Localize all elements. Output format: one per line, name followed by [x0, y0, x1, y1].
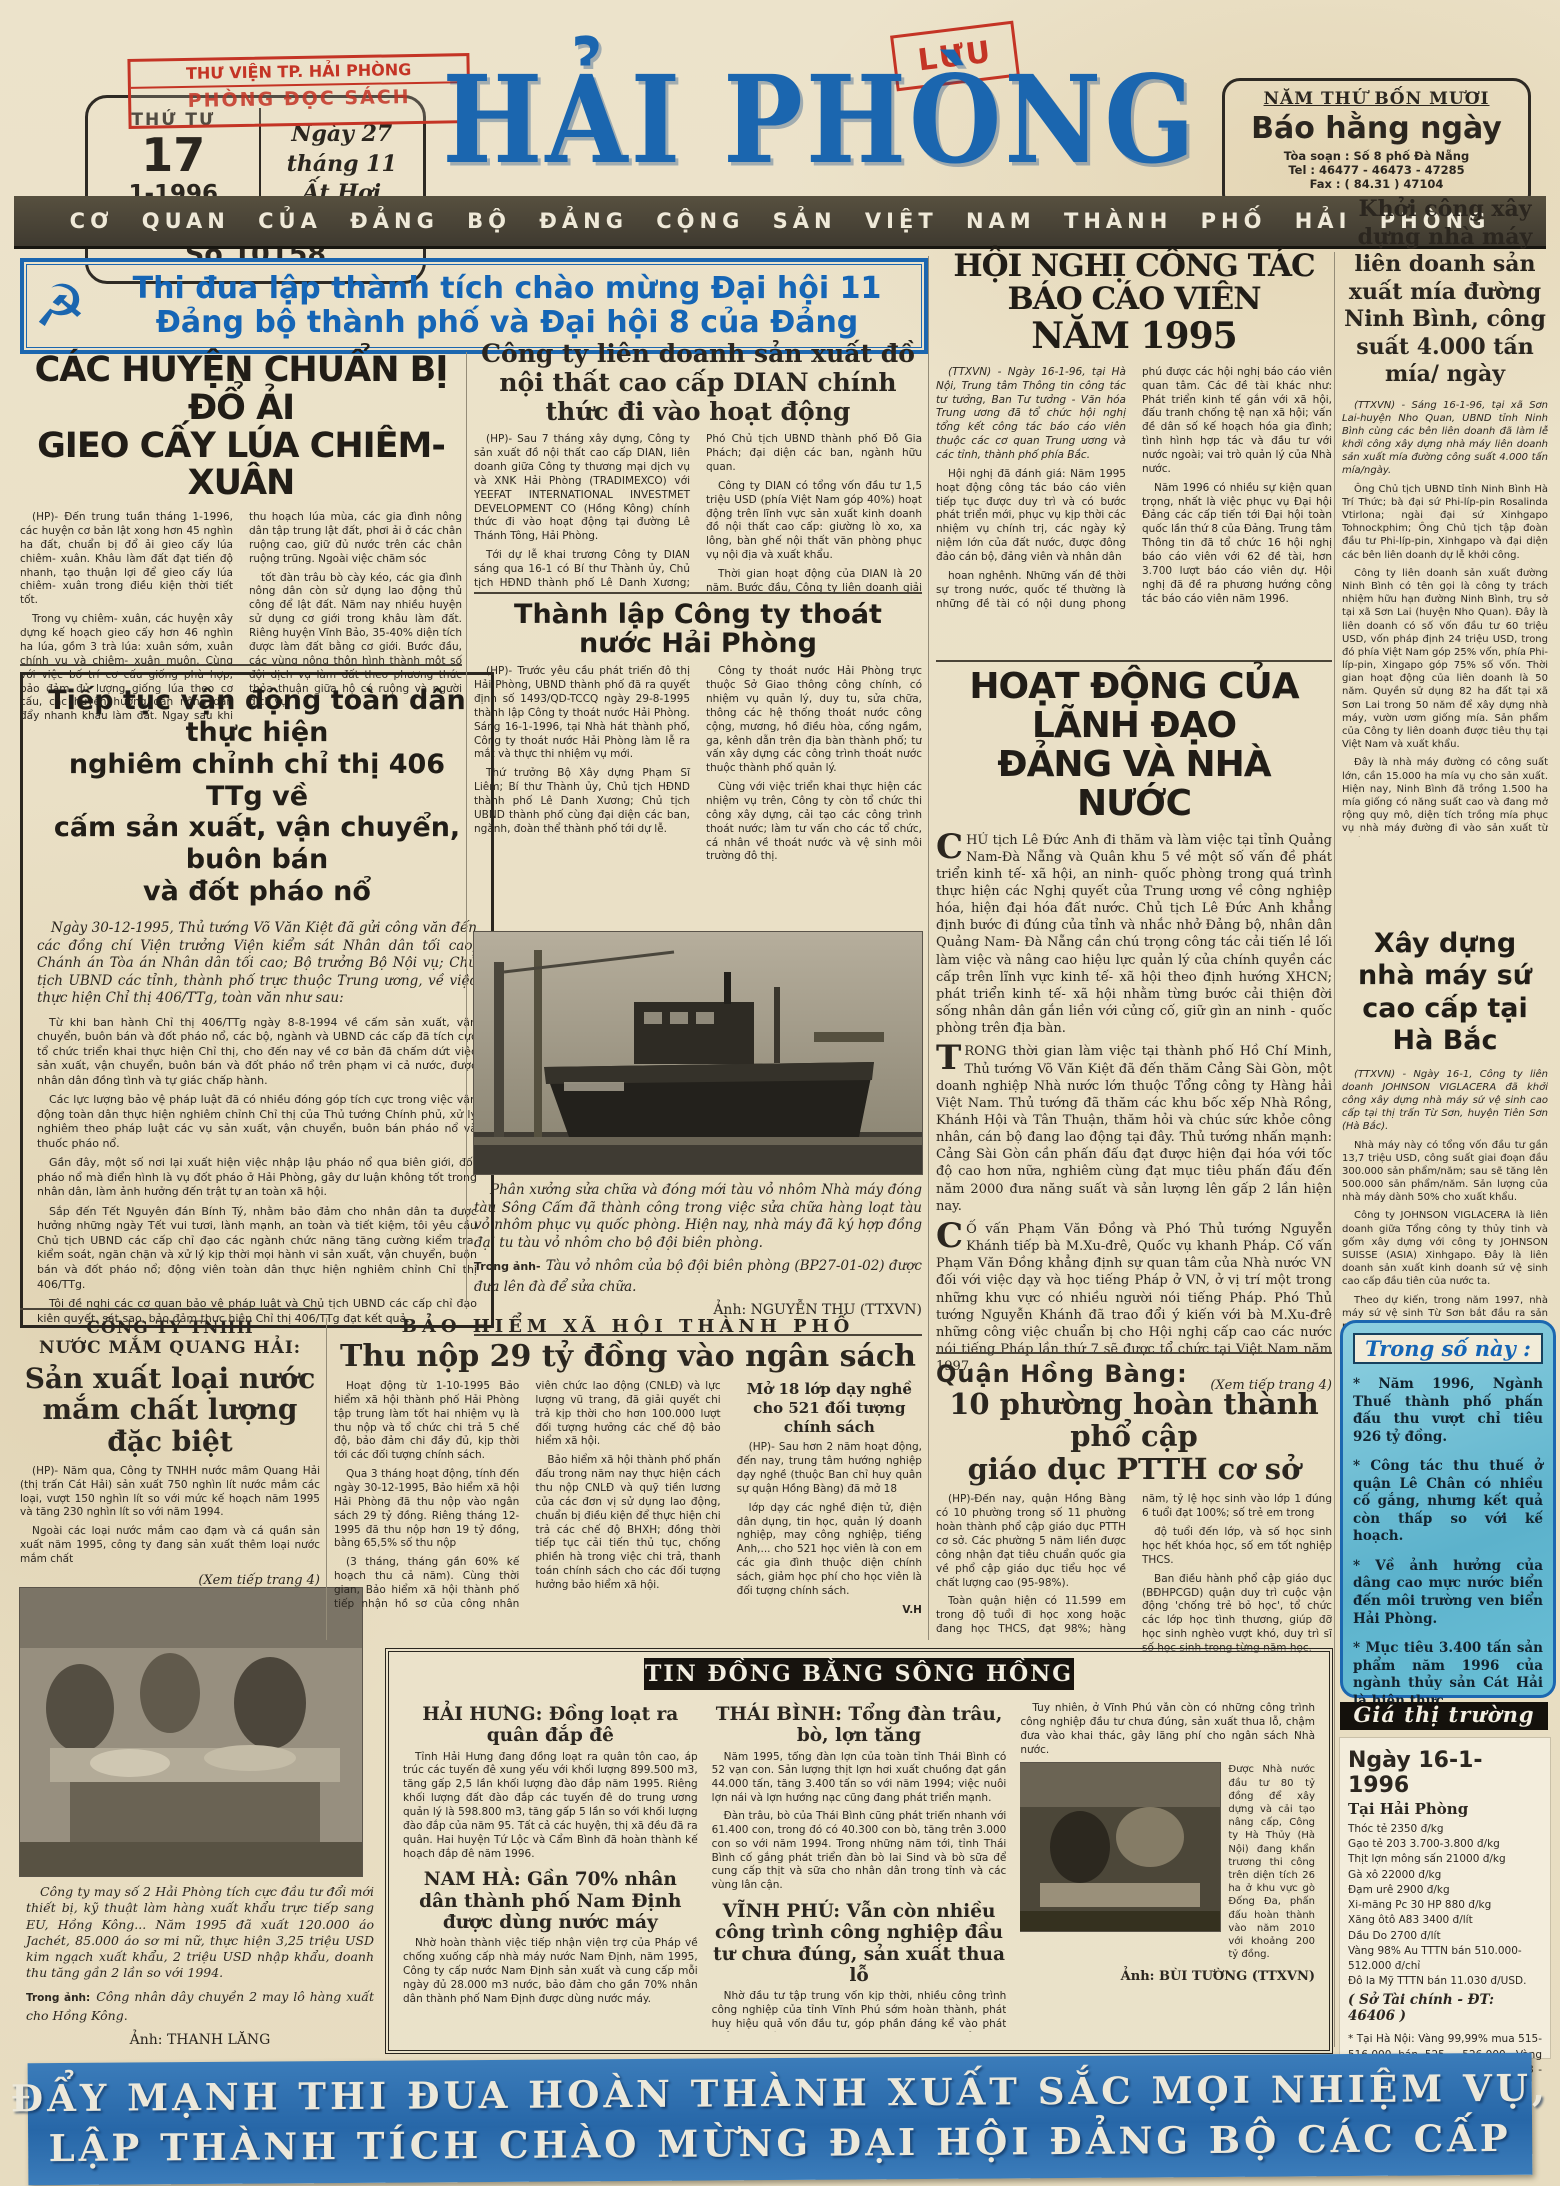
paragraph: (HP)- Trước yêu cầu phát triển đô thị Hả…: [474, 665, 690, 762]
paragraph: Ngoài các loại nước mắm cao đạm và cá qu…: [20, 1525, 320, 1567]
nam-ha-body: Nhờ hoàn thành việc tiếp nhận viện trợ c…: [403, 1937, 698, 2006]
price-line: Thóc tẻ 2350 đ/kg: [1348, 1822, 1542, 1837]
masthead-title: HẢI PHÒNG: [430, 48, 1210, 188]
sub-article-title: Mở 18 lớp dạy nghề cho 521 đối tượng chí…: [737, 1380, 922, 1436]
divider: [936, 660, 1332, 662]
paragraph: (TTXVN) - Ngày 16-1-96, tại Hà Nội, Trun…: [936, 366, 1126, 463]
paragraph: (TTXVN) - Ngày 16-1, Công ty liên doanh …: [1342, 1068, 1548, 1134]
tin-column-1: HẢI HƯNG: Đồng loạt ra quân đắp đê Tỉnh …: [403, 1696, 698, 2032]
article-406-body: Từ khi ban hành Chỉ thị 406/TTg ngày 8-8…: [37, 1016, 477, 1346]
article-hoi-nghi: HỘI NGHỊ CÔNG TÁC BÁO CÁO VIÊN NĂM 1995 …: [936, 250, 1332, 658]
caption-text2: Tàu vỏ nhôm của bộ đội biên phòng (BP27-…: [474, 1258, 922, 1295]
issue-item: * Công tác thu thuế ở quận Lê Chân có nh…: [1353, 1458, 1543, 1546]
article-thoat-nuoc-title: Thành lập Công ty thoát nước Hải Phòng: [474, 600, 922, 658]
vinh-phu-body: Nhờ đầu tư tập trung vốn kịp thời, nhiều…: [712, 1990, 1007, 2032]
paragraph: Hoạt động từ 1-10-1995 Bảo hiểm xã hội t…: [334, 1380, 519, 1463]
red-river-delta-news-box: TIN ĐỒNG BẰNG SÔNG HỒNG HẢI HƯNG: Đồng l…: [385, 1648, 1333, 2054]
price-line: Xi-măng Pc 30 HP 880 đ/kg: [1348, 1898, 1542, 1913]
section-header: TIN ĐỒNG BẰNG SÔNG HỒNG: [644, 1658, 1074, 1690]
photo-credit: Ảnh: THANH LĂNG: [26, 2032, 374, 2048]
tin-photo-credit: Ảnh: BÙI TƯỜNG (TTXVN): [1020, 1969, 1315, 1984]
article-lanh-dao-title-l2: ĐẢNG VÀ NHÀ NƯỚC: [936, 746, 1332, 824]
article-mia-duong-body: (TTXVN) - Sáng 16-1-96, tại xã Sơn Lai-h…: [1342, 399, 1548, 837]
column-rule: [928, 256, 929, 1640]
thai-binh-body1: Năm 1995, tổng đàn lợn của toàn tỉnh Thá…: [712, 1751, 1007, 1806]
article-hong-bang-body: (HP)-Đến nay, quận Hồng Bàng có 10 phườn…: [936, 1493, 1332, 1669]
paragraph: (HP)- Sau hơn 2 năm hoạt động, đến nay, …: [737, 1441, 922, 1496]
article-chiem-xuan-title-l2: GIEO CẤY LÚA CHIÊM-XUÂN: [20, 428, 462, 504]
paragraph: Các lực lượng bảo vệ pháp luật đã có nhi…: [37, 1093, 477, 1151]
article-quang-hai-kicker-l2: NƯỚC MẮM QUANG HẢI:: [20, 1338, 320, 1358]
caption-label: Trong ảnh:: [26, 1992, 90, 2004]
price-line: Thịt lợn mông sấn 21000 đ/kg: [1348, 1852, 1542, 1867]
ship-photo-image: [474, 932, 922, 1174]
paragraph: Ban điều hành phổ cập giáo dục (BĐHPCGD)…: [1142, 1573, 1332, 1656]
org-banner: CƠ QUAN CỦA ĐẢNG BỘ ĐẢNG CỘNG SẢN VIỆT N…: [14, 196, 1546, 249]
price-line: Xăng ôtô A83 3400 đ/lít: [1348, 1913, 1542, 1928]
article-406-title-l3: cấm sản xuất, vận chuyển, buôn bán: [37, 812, 477, 876]
address-line: Tòa soạn : Số 8 phố Đà Nẵng: [1225, 149, 1528, 163]
paragraph: độ tuổi đến lớp, và số học sinh học hết …: [1142, 1526, 1332, 1568]
article-406-title-l4: và đốt pháo nổ: [37, 876, 477, 908]
paragraph: CHỦ tịch Lê Đức Anh đi thăm và làm việc …: [936, 832, 1332, 1038]
vinh-phu-title: VĨNH PHÚ: Vẫn còn nhiều công trình công …: [712, 1901, 1007, 1986]
slogan-line2: Đảng bộ thành phố và Đại hội 8 của Đảng: [100, 306, 914, 341]
article-quang-hai: CÔNG TY TNHH NƯỚC MẮM QUANG HẢI: Sản xuấ…: [20, 1318, 320, 1580]
hai-hung-body: Tỉnh Hải Hưng đang đồng loạt ra quân tôn…: [403, 1751, 698, 1862]
paragraph: (TTXVN) - Sáng 16-1-96, tại xã Sơn Lai-h…: [1342, 399, 1548, 478]
market-price-box: Ngày 16-1-1996 Tại Hải Phòng Thóc tẻ 235…: [1340, 1738, 1550, 2058]
thai-binh-title: THÁI BÌNH: Tổng đàn trâu, bò, lợn tăng: [712, 1704, 1007, 1747]
article-thoat-nuoc: Thành lập Công ty thoát nước Hải Phòng (…: [474, 600, 922, 930]
column-rule: [326, 1318, 327, 1640]
paragraph: Ông Chủ tịch UBND tỉnh Ninh Bình Hà Trí …: [1342, 483, 1548, 562]
article-hong-bang-title-l2: giáo dục PTTH cơ sở: [936, 1453, 1332, 1485]
lunar-date-line2: tháng 11: [261, 150, 423, 180]
price-line: Vàng 98% Au TTTN bán 510.000-512.000 đ/c…: [1348, 1944, 1542, 1974]
price-line: Gà xô 22000 đ/kg: [1348, 1868, 1542, 1883]
article-406-lead: Ngày 30-12-1995, Thủ tướng Võ Văn Kiệt đ…: [37, 920, 477, 1008]
paragraph: Thứ trưởng Bộ Xây dựng Phạm Sĩ Liêm; Bí …: [474, 767, 690, 836]
divider: [936, 1352, 1332, 1354]
paragraph: Cùng với việc triển khai thực hiện các n…: [706, 781, 922, 864]
paragraph: CỐ vấn Phạm Văn Đồng và Phó Thủ tướng Ng…: [936, 1221, 1332, 1372]
article-hong-bang-title-l1: 10 phường hoàn thành phổ cập: [936, 1388, 1332, 1453]
article-hoi-nghi-title-l2: NĂM 1995: [936, 317, 1332, 356]
article-bao-hiem: BẢO HIỂM XÃ HỘI THÀNH PHỐ Thu nộp 29 tỷ …: [334, 1316, 922, 1646]
hai-hung-title: HẢI HƯNG: Đồng loạt ra quân đắp đê: [403, 1704, 698, 1747]
fax-line: Fax : ( 84.31 ) 47104: [1225, 177, 1528, 191]
article-dian-title: Công ty liên doanh sản xuất đồ nội thất …: [474, 340, 922, 426]
tel-line: Tel : 46477 - 46473 - 47285: [1225, 163, 1528, 177]
masthead-info-box: NĂM THỨ BỐN MƯƠI Báo hằng ngày Tòa soạn …: [1222, 78, 1531, 212]
article-dian-body: (HP)- Sau 7 tháng xây dựng, Công ty sản …: [474, 433, 922, 601]
library-stamp-line2: PHÒNG ĐỌC SÁCH: [131, 83, 467, 113]
price-line: Đạm urê 2900 đ/kg: [1348, 1883, 1542, 1898]
paragraph: lớp dạy các nghề điện tử, điện dân dụng,…: [737, 1502, 922, 1599]
paragraph: (HP)- Sau 7 tháng xây dựng, Công ty sản …: [474, 433, 690, 544]
price-line: Dầu Do 2700 đ/lít: [1348, 1929, 1542, 1944]
garment-factory-photo-image: [20, 1588, 362, 1876]
divider: [20, 664, 462, 666]
paragraph: Từ khi ban hành Chỉ thị 406/TTg ngày 8-8…: [37, 1016, 477, 1089]
tin-photo-side-text: Được Nhà nước đầu tư 80 tỷ đồng để xây d…: [1228, 1763, 1315, 1961]
nam-ha-title: NAM HÀ: Gần 70% nhân dân thành phố Nam Đ…: [403, 1869, 698, 1933]
slogan-line1: Thi đua lập thành tích chào mừng Đại hội…: [100, 272, 914, 307]
paragraph: Sắp đến Tết Nguyên đán Bính Tý, nhằm bảo…: [37, 1205, 477, 1292]
caption-text: Công ty may số 2 Hải Phòng tích cực đầu …: [26, 1884, 374, 1982]
tin-column-3: Tuy nhiên, ở Vĩnh Phú vẫn còn có những c…: [1020, 1696, 1315, 2032]
article-bao-hiem-kicker: BẢO HIỂM XÃ HỘI THÀNH PHỐ: [334, 1316, 922, 1337]
article-quang-hai-body: (HP)- Năm qua, Công ty TNHH nước mắm Qua…: [20, 1465, 320, 1573]
article-hoi-nghi-body: (TTXVN) - Ngày 16-1-96, tại Hà Nội, Trun…: [936, 366, 1332, 654]
article-406-box: Tiếp tục vận động toàn dân thực hiện ngh…: [20, 672, 494, 1328]
paragraph: TRONG thời gian làm việc tại thành phố H…: [936, 1043, 1332, 1215]
market-price-title: Giá thị trường: [1353, 1702, 1534, 1727]
price-date: Ngày 16-1-1996: [1348, 1748, 1542, 1798]
in-this-issue-box: Trong số này : * Năm 1996, Ngành Thuế th…: [1340, 1320, 1556, 1698]
issue-item: * Về ảnh hưởng của dâng cao mực nước biể…: [1353, 1558, 1543, 1628]
paragraph: (HP)-Đến nay, quận Hồng Bàng có 10 phườn…: [936, 1493, 1126, 1590]
article-mia-duong: Khởi công xây dựng nhà máy liên doanh sả…: [1342, 196, 1548, 922]
column-rule: [466, 352, 467, 1302]
article-bao-hiem-body: Hoạt động từ 1-10-1995 Bảo hiểm xã hội t…: [334, 1380, 922, 1632]
issue-item: * Năm 1996, Ngành Thuế thành phố phấn đấ…: [1353, 1376, 1543, 1446]
thai-binh-body2: Đàn trâu, bò của Thái Bình cũng phát tri…: [712, 1810, 1007, 1893]
org-banner-text: CƠ QUAN CỦA ĐẢNG BỘ ĐẢNG CỘNG SẢN VIỆT N…: [70, 209, 1491, 233]
ship-photo: [474, 932, 922, 1174]
caption-label: Trong ảnh-: [474, 1260, 541, 1273]
article-406-title-l2: nghiêm chỉnh chỉ thị 406 TTg về: [37, 749, 477, 813]
in-this-issue-label: Trong số này :: [1353, 1333, 1543, 1364]
price-place: Tại Hải Phòng: [1348, 1800, 1542, 1818]
tin-photo: [1020, 1763, 1220, 1931]
price-source: ( Sở Tài chính - ĐT: 46406 ): [1348, 1992, 1542, 2024]
article-su-cao-cap: Xây dựng nhà máy sứ cao cấp tại Hà Bắc (…: [1342, 928, 1548, 1316]
paragraph: Công ty liên doanh sản xuất đường Ninh B…: [1342, 567, 1548, 752]
tin-column-2: THÁI BÌNH: Tổng đàn trâu, bò, lợn tăng N…: [712, 1696, 1007, 2032]
article-su-cao-cap-title: Xây dựng nhà máy sứ cao cấp tại Hà Bắc: [1342, 928, 1548, 1058]
paragraph: Công ty DIAN có tổng vốn đầu tư 1,5 triệ…: [706, 480, 922, 563]
price-line: Đô la Mỹ TTTN bán 11.030 đ/USD.: [1348, 1974, 1542, 1989]
continued-note: (Xem tiếp trang 4): [20, 1573, 320, 1588]
paragraph: Hội nghị đã đánh giá: Năm 1995 hoạt động…: [936, 468, 1126, 565]
day-number: 17: [88, 130, 259, 181]
author-initials: V.H: [737, 1604, 922, 1618]
vinh-phu-note: Tuy nhiên, ở Vĩnh Phú vẫn còn có những c…: [1020, 1702, 1315, 1757]
divider: [474, 592, 922, 594]
article-quang-hai-title: Sản xuất loại nước mắm chất lượng đặc bi…: [20, 1363, 320, 1457]
hammer-and-sickle-icon: ☭: [34, 277, 86, 335]
price-line: Gạo tẻ 203 3.700-3.800 đ/kg: [1348, 1837, 1542, 1852]
article-chiem-xuan: CÁC HUYỆN CHUẨN BỊ ĐỔ ẢI GIEO CẤY LÚA CH…: [20, 352, 462, 664]
caption-text: Phân xưởng sửa chữa và đóng mới tàu vỏ n…: [474, 1182, 922, 1252]
market-price-header: Giá thị trường: [1340, 1702, 1548, 1730]
article-chiem-xuan-title-l1: CÁC HUYỆN CHUẨN BỊ ĐỔ ẢI: [20, 352, 462, 428]
column-rule: [1334, 252, 1335, 2047]
article-hong-bang: Quận Hồng Bàng: 10 phường hoàn thành phổ…: [936, 1360, 1332, 1642]
divider: [20, 1308, 320, 1310]
article-lanh-dao: HOẠT ĐỘNG CỦA LÃNH ĐẠO ĐẢNG VÀ NHÀ NƯỚC …: [936, 668, 1332, 1340]
article-quang-hai-kicker-l1: CÔNG TY TNHH: [20, 1318, 320, 1338]
paragraph: (HP)- Đến trung tuần tháng 1-1996, các h…: [20, 511, 233, 608]
article-su-cao-cap-body: (TTXVN) - Ngày 16-1, Công ty liên doanh …: [1342, 1068, 1548, 1336]
section-header-text: TIN ĐỒNG BẰNG SÔNG HỒNG: [645, 1661, 1073, 1687]
paragraph: Công ty thoát nước Hải Phòng trực thuộc …: [706, 665, 922, 776]
banner-line2: LẬP THÀNH TÍCH CHÀO MỪNG ĐẠI HỘI ĐẢNG BỘ…: [49, 2114, 1512, 2174]
paragraph: Công ty JOHNSON VIGLACERA là liên doanh …: [1342, 1209, 1548, 1288]
article-bao-hiem-title: Thu nộp 29 tỷ đồng vào ngân sách: [334, 1339, 922, 1374]
article-hoi-nghi-title-l1: HỘI NGHỊ CÔNG TÁC BÁO CÁO VIÊN: [936, 250, 1332, 317]
article-hong-bang-kicker: Quận Hồng Bàng:: [936, 1360, 1332, 1388]
ship-photo-caption: Phân xưởng sửa chữa và đóng mới tàu vỏ n…: [474, 1182, 922, 1328]
paragraph: Bảo hiểm xã hội thành phố phấn đấu trong…: [535, 1454, 720, 1593]
year-line: NĂM THỨ BỐN MƯƠI: [1225, 89, 1528, 109]
paragraph: (HP)- Năm qua, Công ty TNHH nước mắm Qua…: [20, 1465, 320, 1520]
garment-factory-photo: [20, 1588, 362, 1876]
library-stamp: THƯ VIỆN TP. HẢI PHÒNG PHÒNG ĐỌC SÁCH: [127, 53, 470, 129]
newspaper-name: HẢI PHÒNG: [442, 48, 1198, 191]
article-lanh-dao-body: CHỦ tịch Lê Đức Anh đi thăm và làm việc …: [936, 832, 1332, 1372]
newspaper-front-page: THỨ TƯ 17 1-1996 Ngày 27 tháng 11 Ất Hợi…: [0, 0, 1560, 2186]
article-mia-duong-title: Khởi công xây dựng nhà máy liên doanh sả…: [1342, 196, 1548, 389]
paragraph: Nhà máy này có tổng vốn đầu tư gần 13,7 …: [1342, 1139, 1548, 1205]
article-406-title-l1: Tiếp tục vận động toàn dân thực hiện: [37, 685, 477, 749]
tin-photo-image: [1020, 1763, 1220, 1931]
article-dian: Công ty liên doanh sản xuất đồ nội thất …: [474, 340, 922, 590]
bottom-slogan-banner: ĐẨY MẠNH THI ĐUA HOÀN THÀNH XUẤT SẮC MỌI…: [28, 2053, 1533, 2185]
issue-item: * Mục tiêu 3.400 tấn sản phẩm năm 1996 c…: [1353, 1640, 1543, 1710]
paragraph: Gần đây, một số nơi lại xuất hiện việc n…: [37, 1156, 477, 1200]
daily-line: Báo hằng ngày: [1225, 111, 1528, 146]
article-thoat-nuoc-body: (HP)- Trước yêu cầu phát triển đô thị Hả…: [474, 665, 922, 947]
paragraph: Qua 3 tháng hoạt động, tính đến ngày 30-…: [334, 1468, 519, 1551]
garment-photo-caption: Công ty may số 2 Hải Phòng tích cực đầu …: [26, 1884, 374, 2052]
article-lanh-dao-title-l1: HOẠT ĐỘNG CỦA LÃNH ĐẠO: [936, 668, 1332, 746]
paragraph: Đây là nhà máy đường có công suất lớn, c…: [1342, 756, 1548, 836]
paragraph: Năm 1996 có nhiều sự kiện quan trọng, nh…: [1142, 482, 1332, 607]
